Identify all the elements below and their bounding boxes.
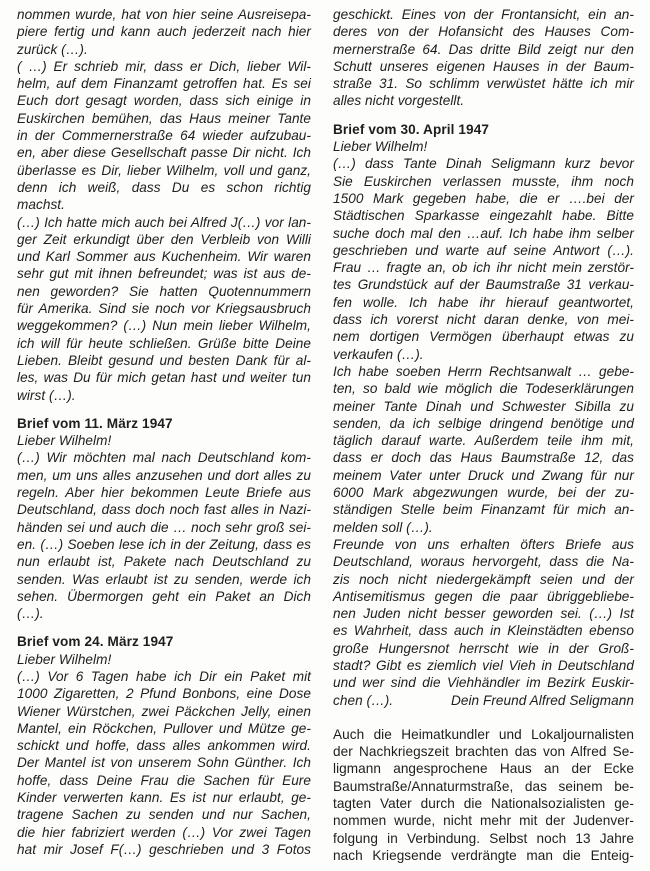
letter-paragraph: (…) dass Tante Dinah Seligmann kurz bevo… xyxy=(333,155,634,363)
salutation-line: Lieber Wilhelm! xyxy=(17,651,311,668)
text-line: suche doch mal den …auf. Ich habe ihm se… xyxy=(333,225,634,242)
text-line: nun erlaubt ist, Pakete nach Deutschland… xyxy=(17,553,311,570)
text-line: regeln. Aber hier bekommen Leute Briefe … xyxy=(17,484,311,501)
letter-paragraph: (…) Wir möchten mal nach Deutschland kom… xyxy=(17,449,311,622)
text-line: nommen wurde, nicht mehr mit der Judenve… xyxy=(333,812,634,829)
letter-paragraph: geschickt. Eines von der Frontansicht, e… xyxy=(333,6,634,110)
text-line: Sie Euskirchen verlassen musste, ihm noc… xyxy=(333,173,634,190)
letter-paragraph: Freunde von uns erhalten öfters Briefe a… xyxy=(333,536,634,692)
text-line: nommen wurde, hat von hier seine Ausreis… xyxy=(17,6,311,23)
text-line: meinem Vater unter Druck und Zwang für n… xyxy=(333,467,634,484)
text-line: sehr gut mit ihnen befreundet; was ist a… xyxy=(17,265,311,282)
text-line: (…) Wir möchten mal nach Deutschland kom… xyxy=(17,449,311,466)
text-line: ( …) Er schrieb mir, dass er Dich, liebe… xyxy=(17,58,311,75)
text-line: nen Juden nicht besser geworden sei. (…)… xyxy=(333,605,634,622)
text-line: es Wahrheit, dass auch in Kleinstädten e… xyxy=(333,622,634,639)
text-line: (…). xyxy=(17,605,311,622)
text-line: nach Kriegsende verdrängte man die Entei… xyxy=(333,847,634,864)
signature-name: Dein Freund Alfred Seligmann xyxy=(451,692,634,709)
text-line: täglich darauf warte. Außerdem teile ihm… xyxy=(333,432,634,449)
text-line: händen sei und auch die … noch sehr groß… xyxy=(17,519,311,536)
text-line: deres von der Hofansicht des Hauses Com- xyxy=(333,23,634,40)
salutation-line: Lieber Wilhelm! xyxy=(333,138,634,155)
letter-date-heading: Brief vom 24. März 1947 xyxy=(17,633,311,650)
text-line: ich will für heute schließen. Grüße bitt… xyxy=(17,335,311,352)
letter-paragraph: (…) Vor 6 Tagen habe ich Dir ein Paket m… xyxy=(17,668,311,858)
text-line: Lieber Wilhelm! xyxy=(17,432,311,449)
text-line: dass ich vorerst nicht daran denke, von … xyxy=(333,311,634,328)
text-line: 1500 Mark gegeben habe, die er ….bei der xyxy=(333,190,634,207)
text-line: Wiener Würstchen, zwei Päckchen Jelly, e… xyxy=(17,703,311,720)
text-line: Deutschland, dass doch noch fast alles i… xyxy=(17,501,311,518)
text-line: Der Mantel ist von unserem Sohn Günther.… xyxy=(17,754,311,771)
text-line: Frau … fragte an, ob ich ihr nicht mein … xyxy=(333,259,634,276)
letter-paragraph: ( …) Er schrieb mir, dass er Dich, liebe… xyxy=(17,58,311,214)
text-line: Brief vom 30. April 1947 xyxy=(333,121,634,138)
text-line: en. (…) Soeben lese ich in der Zeitung, … xyxy=(17,536,311,553)
text-line: fen wolle. Ich habe ihr hierauf geantwor… xyxy=(333,294,634,311)
text-column-right: geschickt. Eines von der Frontansicht, e… xyxy=(333,6,634,871)
letter-paragraph: Ich habe soeben Herrn Rechtsanwalt … geb… xyxy=(333,363,634,536)
text-line: Auch die Heimatkundler und Lokaljournali… xyxy=(333,726,634,743)
editorial-paragraph: Auch die Heimatkundler und Lokaljournali… xyxy=(333,726,634,864)
text-line: men, um uns alles anzusehen und dort all… xyxy=(17,467,311,484)
text-line: weggekommen? (…) Nun mein lieber Wilhelm… xyxy=(17,317,311,334)
text-line: Freunde von uns erhalten öfters Briefe a… xyxy=(333,536,634,553)
letter-paragraph: (…) Ich hatte mich auch bei Alfred J(…) … xyxy=(17,214,311,404)
text-line: les, was Du für mich getan hast und weit… xyxy=(17,369,311,386)
text-line: Antisemitismus gegen die paar übriggebli… xyxy=(333,588,634,605)
text-line: und Karl Sommer aus Kuchenheim. Wir ware… xyxy=(17,248,311,265)
text-line: tagten Vater durch die Nationalsozialist… xyxy=(333,795,634,812)
text-line: tes Grundstück auf der Baumstraße 31 ver… xyxy=(333,276,634,293)
paragraph-end-text: chen (…). xyxy=(333,692,393,709)
text-line: Mantel, ein Röckchen, Pullover und Mütze… xyxy=(17,720,311,737)
scanned-document-page: { "styles": { "ink_color": "#1e1e1e", "p… xyxy=(0,0,650,871)
text-line: der Nachkriegszeit brachten das von Alfr… xyxy=(333,743,634,760)
text-line: ger Zeit erkundigt über den Verbleib von… xyxy=(17,231,311,248)
text-line: Lieber Wilhelm! xyxy=(333,138,634,155)
text-line: tragene Sachen zu senden und nur Sachen, xyxy=(17,806,311,823)
text-line: (…) dass Tante Dinah Seligmann kurz bevo… xyxy=(333,155,634,172)
text-line: senden, da ich selbige dringend benötige… xyxy=(333,415,634,432)
text-line: ligmann angesprochene Haus an der Ecke xyxy=(333,760,634,777)
signature-line: chen (…).Dein Freund Alfred Seligmann xyxy=(333,692,634,709)
text-line: (…) Vor 6 Tagen habe ich Dir ein Paket m… xyxy=(17,668,311,685)
text-line: geschickt. Eines von der Frontansicht, e… xyxy=(333,6,634,23)
text-line: Lieben. Bleibt gesund und besten Dank fü… xyxy=(17,352,311,369)
text-line: Ich habe soeben Herrn Rechtsanwalt … geb… xyxy=(333,363,634,380)
text-line: Kinder verwerten kann. Es ist nur erlaub… xyxy=(17,789,311,806)
text-line: meiner Tante Dinah und Schwester Sibilla… xyxy=(333,398,634,415)
text-line: Deutschland, woraus hervorgeht, dass die… xyxy=(333,553,634,570)
text-line: Brief vom 24. März 1947 xyxy=(17,633,311,650)
letter-date-heading: Brief vom 11. März 1947 xyxy=(17,415,311,432)
text-line: piere fertig und kann auch jederzeit nac… xyxy=(17,23,311,40)
text-line: 6000 Mark abgezwungen wurde, bei der zu- xyxy=(333,484,634,501)
text-line: in der Commernerstraße 64 wieder aufzuba… xyxy=(17,127,311,144)
text-line: dass er doch das Haus Baumstraße 12, das xyxy=(333,449,634,466)
text-line: verkaufen (…). xyxy=(333,346,634,363)
text-line: Brief vom 11. März 1947 xyxy=(17,415,311,432)
text-line: Schutt unseres eigenen Hauses in der Bau… xyxy=(333,58,634,75)
letter-date-heading: Brief vom 30. April 1947 xyxy=(333,121,634,138)
text-line: zurück (…). xyxy=(17,41,311,58)
text-line: mernerstraße 64. Das dritte Bild zeigt n… xyxy=(333,41,634,58)
text-line: überlasse es Dir, lieber Wilhelm, voll u… xyxy=(17,162,311,179)
text-line: folgung in Verbindung. Selbst noch 13 Ja… xyxy=(333,830,634,847)
salutation-line: Lieber Wilhelm! xyxy=(17,432,311,449)
text-line: geschrieben und warte auf seine Antwort … xyxy=(333,242,634,259)
text-line: senden. Was erlaubt ist zu senden, werde… xyxy=(17,571,311,588)
text-line: denn ich weiß, dass Du es schon richtig xyxy=(17,179,311,196)
text-line: nen geworden? Sie hatten Quotennummern xyxy=(17,283,311,300)
text-line: hoffe, dass Deine Frau die Sachen für Eu… xyxy=(17,772,311,789)
text-line: zis noch nicht niedergekämpft seien und … xyxy=(333,571,634,588)
text-line: schickt und hoffe, dass alles ankommen w… xyxy=(17,737,311,754)
text-line: nem dortigen Vermögen überhaupt etwas zu xyxy=(333,328,634,345)
text-line: große Hungersnot herrscht wie in der Gro… xyxy=(333,640,634,657)
text-line: melden soll (…). xyxy=(333,519,634,536)
text-line: ten, so bald wie möglich die Todeserklär… xyxy=(333,380,634,397)
text-line: Euch dort gesagt worden, dass sich einig… xyxy=(17,92,311,109)
text-line: die hier fabriziert werden (…) Vor zwei … xyxy=(17,824,311,841)
text-line: helm, auf dem Finanzamt getroffen hat. E… xyxy=(17,75,311,92)
text-line: en, aber diese Gesellschaft passe Dir ni… xyxy=(17,144,311,161)
text-line: ständigen Stelle beim Finanzamt für mich… xyxy=(333,501,634,518)
text-line: straße 31. So schlimm verwüstet hätte ic… xyxy=(333,75,634,92)
text-line: Lieber Wilhelm! xyxy=(17,651,311,668)
text-line: wirst (…). xyxy=(17,387,311,404)
text-line: Euskirchen bemühen, das Haus meiner Tant… xyxy=(17,110,311,127)
document-page: nommen wurde, hat von hier seine Ausreis… xyxy=(0,0,650,871)
text-line: für Amerika. Sind sie noch vor Kriegsaus… xyxy=(17,300,311,317)
text-line: Städtischen Sparkasse eingezahlt habe. B… xyxy=(333,207,634,224)
text-line: hat mir Josef F(…) geschrieben und 3 Fot… xyxy=(17,841,311,858)
text-line: machst. xyxy=(17,196,311,213)
text-column-left: nommen wurde, hat von hier seine Ausreis… xyxy=(17,6,311,871)
text-line: und wer sind die Viehhändler im Bezirk E… xyxy=(333,674,634,691)
letter-paragraph: nommen wurde, hat von hier seine Ausreis… xyxy=(17,6,311,58)
text-line: sehen. Übermorgen geht ein Paket an Dich xyxy=(17,588,311,605)
text-line: Baumstraße/Annaturmstraße, das seinem be… xyxy=(333,778,634,795)
text-line: 1000 Zigaretten, 2 Pfund Bonbons, eine D… xyxy=(17,685,311,702)
text-line: stadt? Gibt es ziemlich viel Vieh in Deu… xyxy=(333,657,634,674)
text-line: (…) Ich hatte mich auch bei Alfred J(…) … xyxy=(17,214,311,231)
text-line: alles nicht vorgestellt. xyxy=(333,92,634,109)
